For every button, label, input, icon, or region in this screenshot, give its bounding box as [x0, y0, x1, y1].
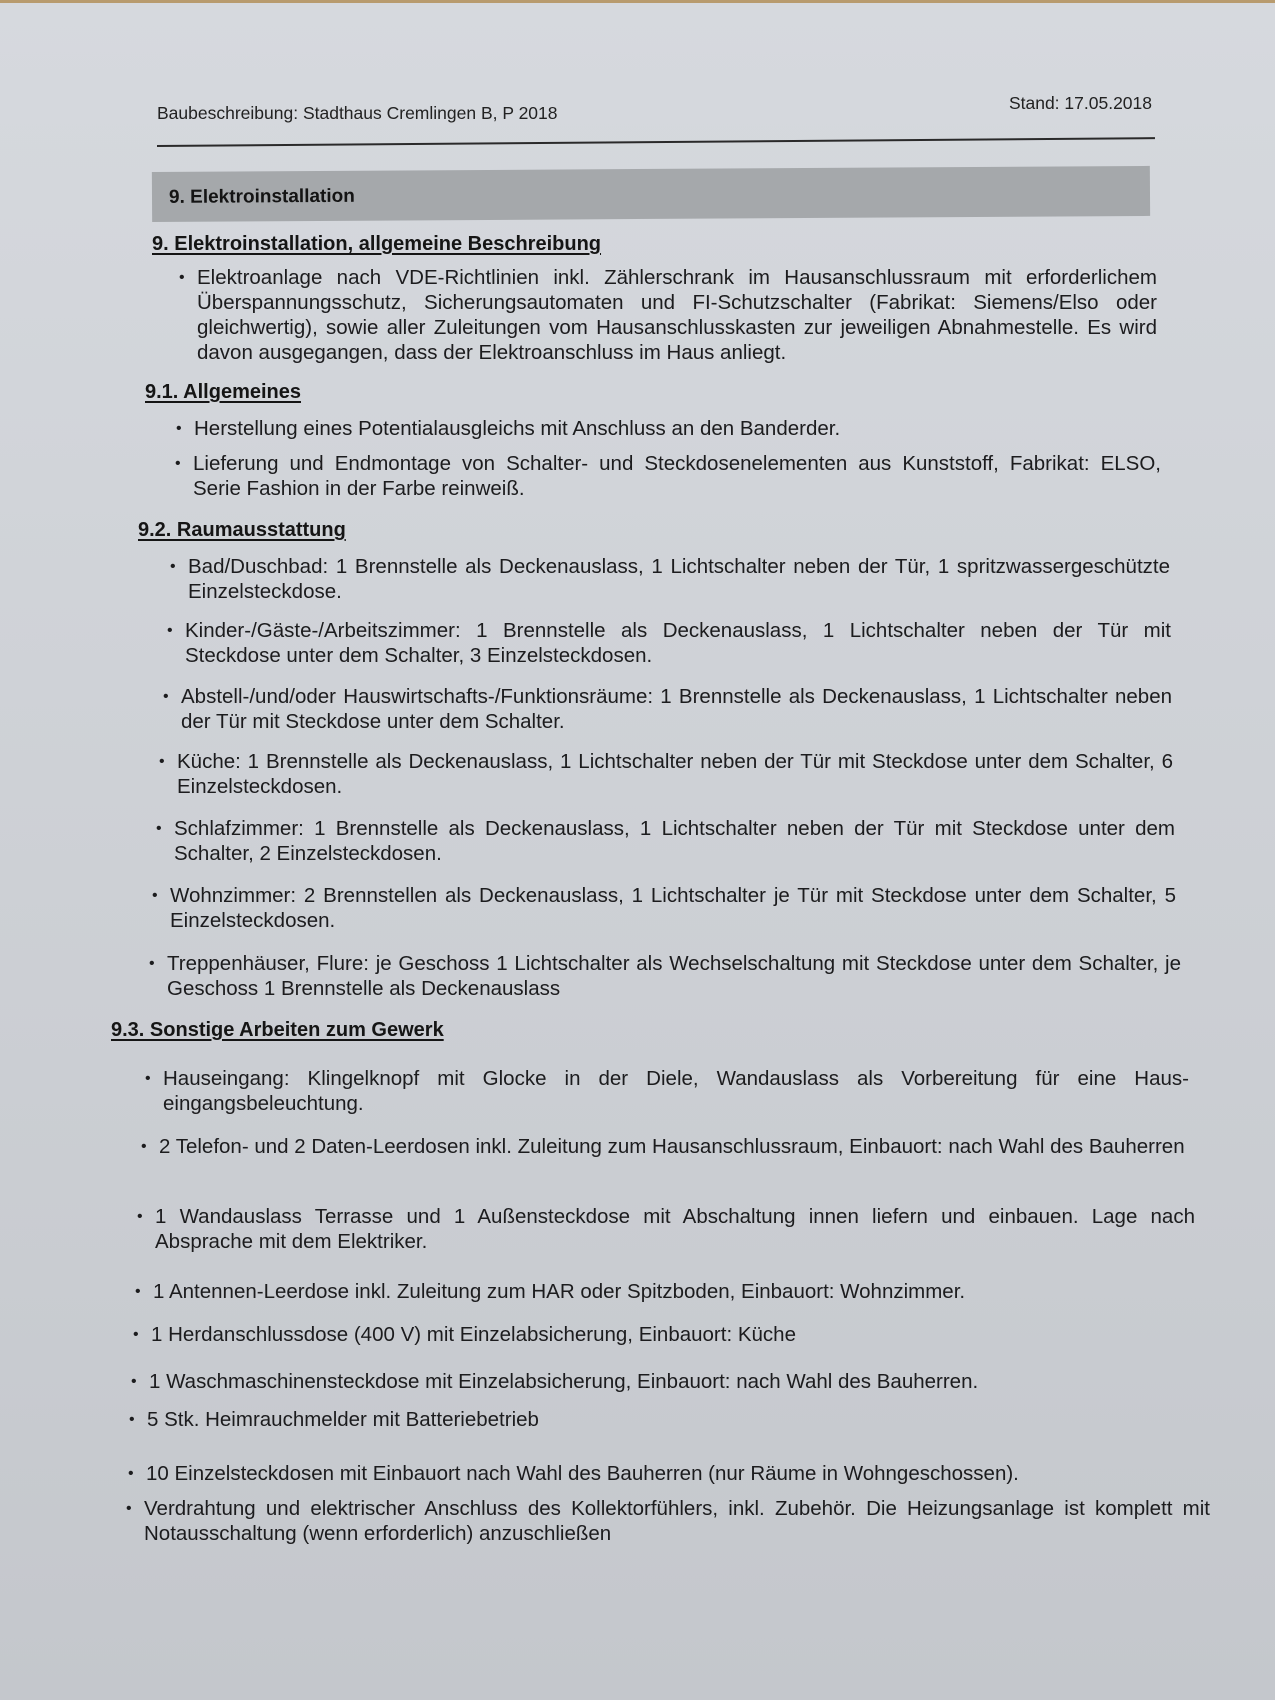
- list-item: • Abstell-/und/oder Hauswirtschafts-/Fun…: [181, 684, 1172, 734]
- bullet-icon: •: [152, 883, 158, 908]
- list-item: • 1 Wandauslass Terrasse und 1 Außenstec…: [155, 1204, 1195, 1254]
- bullet-icon: •: [179, 265, 185, 290]
- section-heading-9: 9. Elektroinstallation, allgemeine Besch…: [152, 233, 601, 256]
- bullet-icon: •: [137, 1204, 143, 1229]
- list-item: • 1 Waschmaschinensteckdose mit Einzelab…: [149, 1369, 1201, 1394]
- list-item: • 1 Antennen-Leerdose inkl. Zuleitung zu…: [153, 1279, 1198, 1304]
- bullet-icon: •: [170, 554, 176, 579]
- list-item: • Wohnzimmer: 2 Brennstellen als Deckena…: [170, 883, 1176, 933]
- document-body: 9. Elektroinstallation, allgemeine Besch…: [0, 0, 1275, 1700]
- bullet-icon: •: [159, 749, 165, 774]
- list-item: • Küche: 1 Brennstelle als Deckenauslass…: [177, 749, 1173, 799]
- bullet-icon: •: [135, 1279, 141, 1304]
- document-page: Baubeschreibung: Stadthaus Cremlingen B,…: [0, 0, 1275, 1700]
- list-item: • 2 Telefon- und 2 Daten-Leerdosen inkl.…: [159, 1134, 1190, 1159]
- bullet-icon: •: [167, 618, 173, 643]
- bullet-icon: •: [126, 1496, 132, 1521]
- list-item: • Bad/Duschbad: 1 Brennstelle als Decken…: [188, 554, 1170, 604]
- section-heading-9-2: 9.2. Raumausstattung: [138, 519, 346, 542]
- bullet-icon: •: [128, 1461, 134, 1486]
- list-item: • Herstellung eines Potentialausgleichs …: [194, 416, 1164, 441]
- bullet-icon: •: [149, 951, 155, 976]
- list-item: • Verdrahtung und elektrischer Anschluss…: [144, 1496, 1210, 1546]
- list-item: • Hauseingang: Klingelknopf mit Glocke i…: [163, 1066, 1189, 1116]
- list-item: • 5 Stk. Heimrauchmelder mit Batteriebet…: [147, 1407, 1202, 1432]
- list-item: • Elektroanlage nach VDE-Richtlinien ink…: [197, 265, 1157, 365]
- list-item: • Treppenhäuser, Flure: je Geschoss 1 Li…: [167, 951, 1181, 1001]
- section-heading-9-3: 9.3. Sonstige Arbeiten zum Gewerk: [111, 1019, 444, 1042]
- bullet-icon: •: [163, 684, 169, 709]
- bullet-icon: •: [175, 451, 181, 476]
- bullet-icon: •: [176, 416, 182, 441]
- bullet-icon: •: [133, 1322, 139, 1347]
- list-item: • 1 Herdanschlussdose (400 V) mit Einzel…: [151, 1322, 1199, 1347]
- bullet-icon: •: [145, 1066, 151, 1091]
- list-item: • Lieferung und Endmontage von Schalter-…: [193, 451, 1161, 501]
- bullet-icon: •: [131, 1369, 137, 1394]
- list-item: • Schlafzimmer: 1 Brennstelle als Decken…: [174, 816, 1175, 866]
- bullet-icon: •: [141, 1134, 147, 1159]
- list-item: • Kinder-/Gäste-/Arbeitszimmer: 1 Brenns…: [185, 618, 1171, 668]
- bullet-icon: •: [129, 1407, 135, 1432]
- section-heading-9-1: 9.1. Allgemeines: [145, 381, 301, 404]
- bullet-icon: •: [156, 816, 162, 841]
- list-item: • 10 Einzelsteckdosen mit Einbauort nach…: [146, 1461, 1206, 1486]
